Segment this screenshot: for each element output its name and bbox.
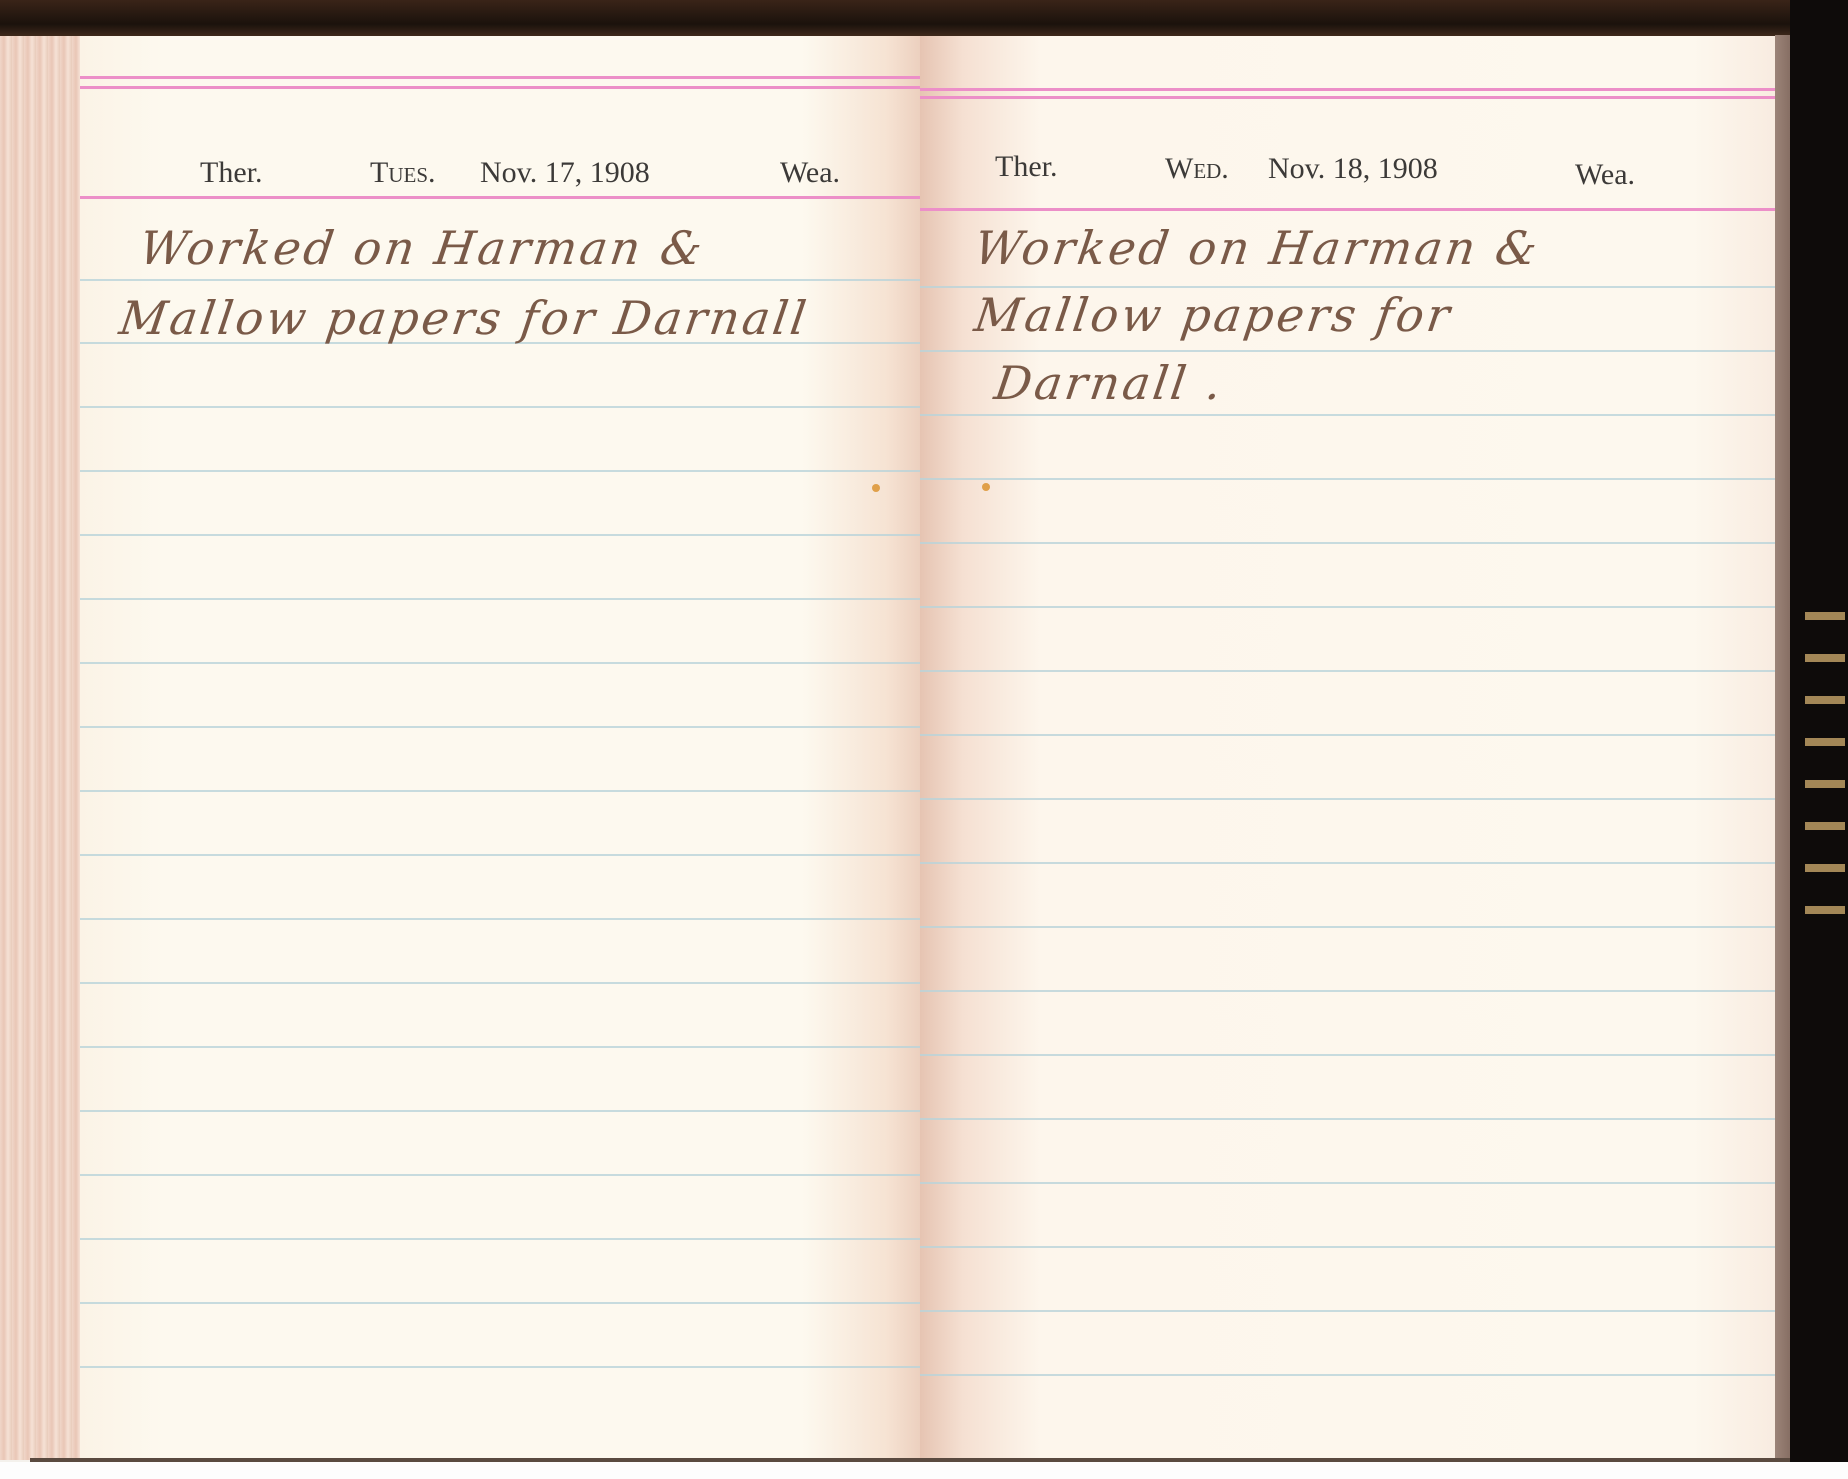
book-cover-top [0, 0, 1848, 40]
ruled-line [80, 790, 920, 792]
ribbon-tabs [1805, 590, 1845, 930]
pink-rule [80, 86, 920, 89]
ruled-line [920, 478, 1778, 480]
ruled-line [80, 406, 920, 408]
ruled-line [80, 1302, 920, 1304]
ruled-line [80, 918, 920, 920]
day-label: Wed. [1165, 152, 1229, 186]
ruled-line [80, 1174, 920, 1176]
wea-label: Wea. [1575, 158, 1635, 192]
ruled-line [920, 542, 1778, 544]
pink-rule [920, 88, 1778, 91]
ruled-line [920, 350, 1778, 352]
ink-spot [872, 484, 880, 492]
pink-rule [80, 76, 920, 79]
ruled-line [80, 598, 920, 600]
diary-page-right: Ther. Wed. Nov. 18, 1908 Wea. Worked on … [920, 36, 1778, 1460]
ruled-line [80, 1046, 920, 1048]
page-header: Ther. Wed. Nov. 18, 1908 Wea. [920, 128, 1778, 188]
pink-rule [920, 208, 1778, 211]
ruled-line [920, 1118, 1778, 1120]
wea-label: Wea. [780, 156, 840, 190]
ruled-line [920, 670, 1778, 672]
handwritten-line: Darnall . [991, 356, 1228, 410]
ruled-line [80, 534, 920, 536]
ruled-line [80, 662, 920, 664]
ruled-line [920, 1054, 1778, 1056]
ruled-line [920, 1182, 1778, 1184]
ruled-line [80, 1238, 920, 1240]
ther-label: Ther. [200, 156, 262, 190]
ruled-line [80, 726, 920, 728]
handwritten-line: Worked on Harman & [136, 221, 708, 275]
ruled-line [920, 926, 1778, 928]
ruled-line [80, 470, 920, 472]
ruled-line [80, 982, 920, 984]
ruled-line [920, 734, 1778, 736]
pink-rule [80, 196, 920, 199]
ruled-line [920, 862, 1778, 864]
handwritten-line: Mallow papers for Darnall [116, 291, 812, 345]
ruled-line [80, 854, 920, 856]
ruled-line [80, 1366, 920, 1368]
ruled-line [920, 1310, 1778, 1312]
ruled-line [920, 414, 1778, 416]
ruled-line [920, 606, 1778, 608]
page-header: Ther. Tues. Nov. 17, 1908 Wea. [80, 128, 920, 188]
ruled-line [80, 279, 920, 281]
pink-rule [920, 96, 1778, 99]
background-bottom [0, 1462, 1848, 1479]
ruled-line [920, 798, 1778, 800]
ruled-line [920, 1246, 1778, 1248]
ink-spot [982, 483, 990, 491]
ther-label: Ther. [995, 150, 1057, 184]
date-label: Nov. 18, 1908 [1268, 152, 1438, 186]
ruled-line [920, 1374, 1778, 1376]
page-stack-edge [0, 36, 82, 1460]
date-label: Nov. 17, 1908 [480, 156, 650, 190]
handwritten-line: Mallow papers for [971, 288, 1456, 342]
diary-page-left: Ther. Tues. Nov. 17, 1908 Wea. Worked on… [80, 36, 920, 1460]
ruled-line [80, 1110, 920, 1112]
ruled-line [920, 990, 1778, 992]
handwritten-line: Worked on Harman & [971, 221, 1543, 275]
day-label: Tues. [370, 156, 436, 190]
